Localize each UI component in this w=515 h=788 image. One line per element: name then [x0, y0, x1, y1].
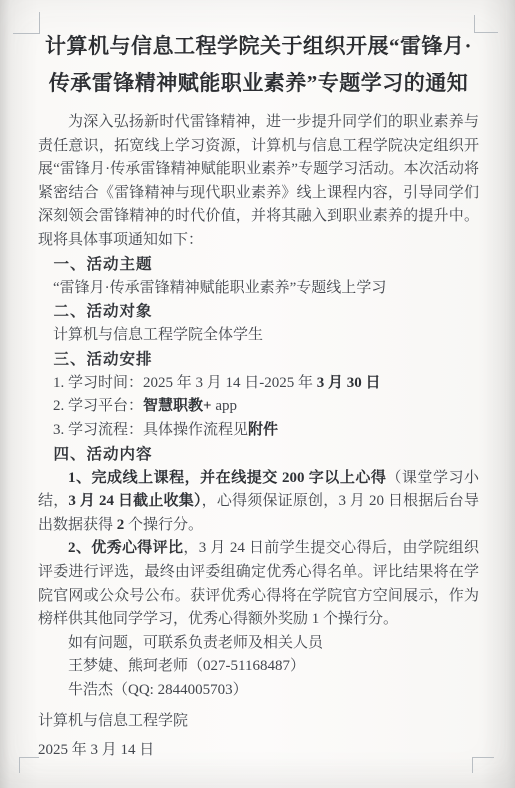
section-1-body: “雷锋月·传承雷锋精神赋能职业素养”专题线上学习 — [38, 277, 479, 301]
section-2-heading: 二、活动对象 — [38, 300, 479, 324]
intro-paragraph: 为深入弘扬新时代雷锋精神，进一步提升同学们的职业素养与责任意识，拓宽线上学习资源… — [38, 111, 479, 253]
contact-teachers: 王梦婕、熊珂老师（027-51168487） — [38, 655, 479, 679]
section-3-heading: 三、活动安排 — [38, 348, 479, 372]
contact-note: 如有问题，可联系负责老师及相关人员 — [38, 632, 479, 656]
contact-student: 牛浩杰（QQ: 2844005703） — [38, 679, 479, 703]
section-1-heading: 一、活动主题 — [38, 253, 479, 277]
page-title: 计算机与信息工程学院关于组织开展“雷锋月·传承雷锋精神赋能职业素养”专题学习的通… — [38, 28, 479, 102]
contact-block: 如有问题，可联系负责老师及相关人员 王梦婕、熊珂老师（027-51168487）… — [38, 632, 479, 703]
document-photo: 计算机与信息工程学院关于组织开展“雷锋月·传承雷锋精神赋能职业素养”专题学习的通… — [0, 0, 515, 788]
section-2-body: 计算机与信息工程学院全体学生 — [38, 324, 479, 348]
signoff-organization: 计算机与信息工程学院 — [38, 707, 479, 736]
section-4-heading: 四、活动内容 — [38, 443, 479, 467]
schedule-item-platform: 2. 学习平台：智慧职教+ app — [38, 395, 479, 419]
notice-body: 计算机与信息工程学院关于组织开展“雷锋月·传承雷锋精神赋能职业素养”专题学习的通… — [38, 28, 479, 765]
crop-mark-bottom-left — [19, 757, 39, 773]
schedule-item-time: 1. 学习时间：2025 年 3 月 14 日-2025 年 3 月 30 日 — [38, 372, 479, 396]
crop-mark-top-left — [13, 12, 40, 34]
schedule-item-process: 3. 学习流程：具体操作流程见附件 — [38, 419, 479, 443]
content-paragraph-1: 1、完成线上课程，并在线提交 200 字以上心得（课堂学习小结，3 月 24 日… — [38, 467, 479, 538]
signoff-date: 2025 年 3 月 14 日 — [38, 736, 479, 765]
content-paragraph-2: 2、优秀心得评比，3 月 24 日前学生提交心得后，由学院组织评委进行评选，最终… — [38, 537, 479, 631]
signoff-block: 计算机与信息工程学院 2025 年 3 月 14 日 — [38, 707, 479, 765]
